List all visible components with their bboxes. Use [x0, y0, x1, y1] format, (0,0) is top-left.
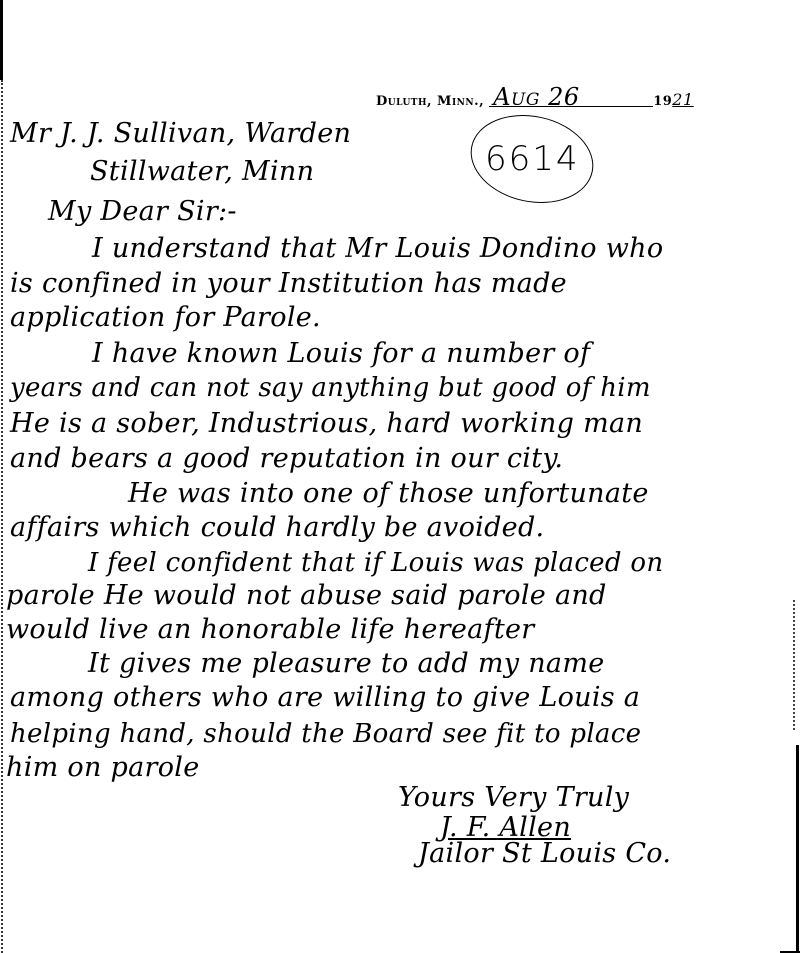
body-line: He is a sober, Industrious, hard working… [10, 408, 643, 440]
body-line: parole He would not abuse said parole an… [6, 580, 607, 612]
letter-page: Duluth, Minn., Aug 261921 6614 Mr J. J. … [0, 0, 800, 953]
body-line: years and can not say anything but good … [10, 372, 651, 404]
body-line: He was into one of those unfortunate [128, 478, 649, 510]
scan-edge-right-dotted [793, 600, 797, 730]
address-line-2: Stillwater, Minn [90, 156, 314, 188]
body-line: I understand that Mr Louis Dondino who [92, 233, 663, 265]
body-line: and bears a good reputation in our city. [10, 443, 563, 475]
scan-edge-left [0, 0, 3, 80]
scan-edge-right [796, 745, 799, 953]
body-line: I feel confident that if Louis was place… [88, 547, 663, 579]
letterhead-year-handwritten: 21 [672, 90, 693, 109]
body-line: him on parole [6, 752, 200, 784]
address-line-1: Mr J. J. Sullivan, Warden [10, 118, 351, 150]
body-line: It gives me pleasure to add my name [88, 648, 605, 680]
body-line: affairs which could hardly be avoided. [10, 512, 544, 544]
letterhead-place: Duluth, Minn., [376, 94, 484, 109]
body-line: among others who are willing to give Lou… [10, 682, 640, 714]
body-line: I have known Louis for a number of [92, 338, 590, 370]
signature-title: Jailor St Louis Co. [418, 838, 671, 870]
body-line: helping hand, should the Board see fit t… [10, 718, 641, 750]
circled-file-number: 6614 [462, 104, 601, 214]
body-line: would live an honorable life hereafter [6, 614, 535, 646]
scan-edge-left-dotted [1, 80, 5, 953]
body-line: application for Parole. [10, 302, 321, 334]
handwritten-date: Aug 26 [489, 88, 653, 107]
body-line: is confined in your Institution has made [10, 268, 567, 300]
file-number-text: 6614 [485, 139, 580, 179]
letterhead: Duluth, Minn., Aug 261921 [376, 88, 694, 109]
salutation: My Dear Sir:- [48, 196, 237, 228]
letterhead-year-printed: 19 [653, 94, 672, 109]
closing: Yours Very Truly [398, 782, 629, 814]
